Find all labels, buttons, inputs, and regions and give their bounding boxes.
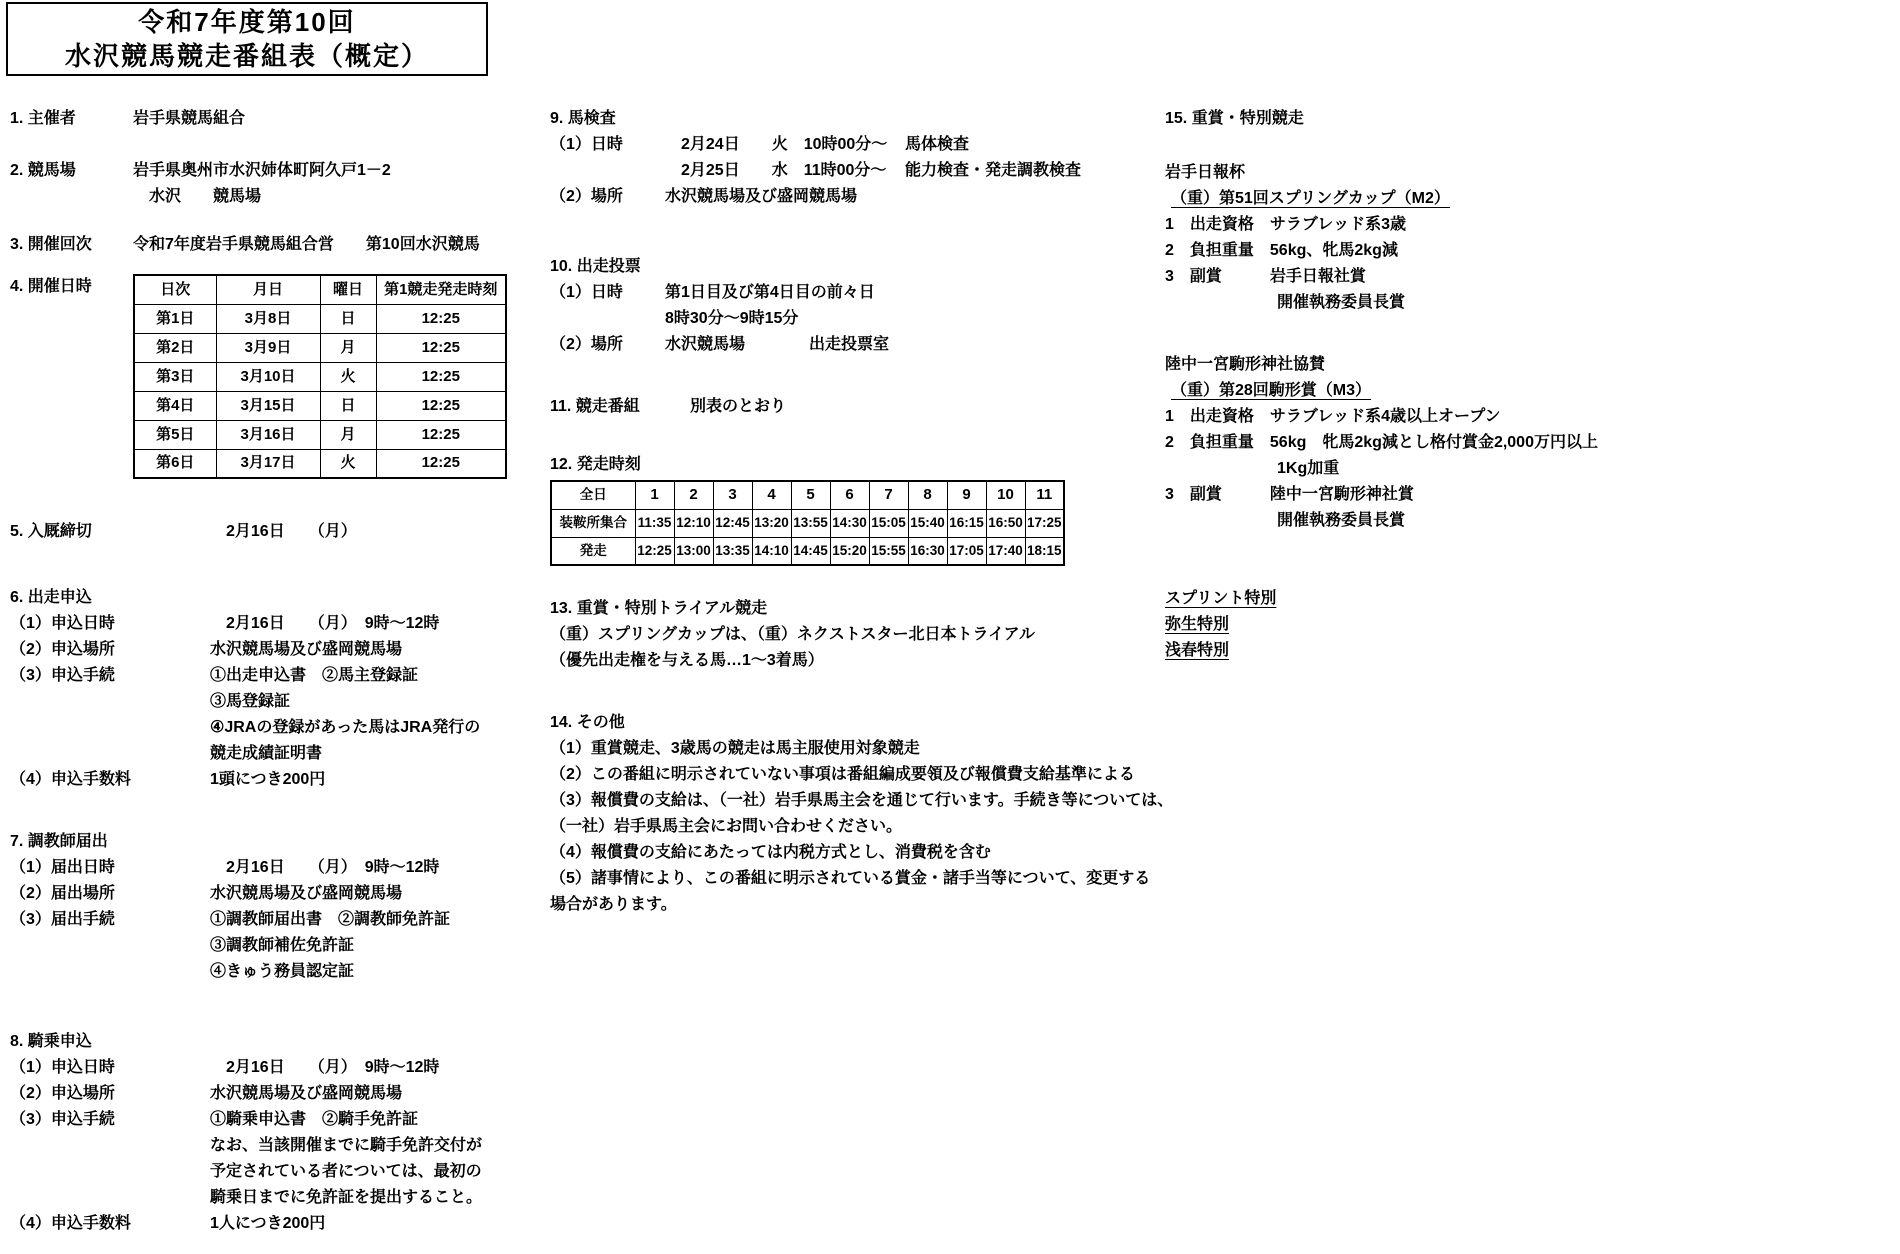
row-note: 馬体検査 xyxy=(905,132,1190,158)
row-value: なお、当該開催までに騎手免許交付が xyxy=(210,1133,550,1159)
meeting-value: 令和7年度岩手県競馬組合営 第10回水沢競馬 xyxy=(133,232,550,258)
voting-row: （1）日時第1日目及び第4日目の前々日 xyxy=(550,280,1190,306)
race2-line: 2 負担重量 56kg 牝馬2kg減とし格付賞金2,000万円以上 xyxy=(1165,430,1805,456)
cell: 2 xyxy=(674,481,713,509)
row-value: ④きゅう務員認定証 xyxy=(210,959,550,985)
table-row: 発走 12:25 13:00 13:35 14:10 14:45 15:20 1… xyxy=(551,537,1064,565)
section-schedule: 4. 開催日時 日次 月日 曜日 第1競走発走時刻 第1日 3月8日 日 12:… xyxy=(10,274,550,479)
row-label: （2）届出場所 xyxy=(10,881,210,907)
row-value: 1人につき200円 xyxy=(210,1211,550,1237)
cell: 12:25 xyxy=(376,362,506,391)
row-value: ①調教師届出書 ②調教師免許証 xyxy=(210,907,550,933)
cell: 12:25 xyxy=(376,449,506,478)
trial-line: （優先出走権を与える馬…1～3着馬） xyxy=(550,648,1190,674)
race-name-text: （重）第51回スプリングカップ（M2） xyxy=(1171,190,1450,207)
row-value: ③調教師補佐免許証 xyxy=(210,933,550,959)
inspection-row: （2）場所 水沢競馬場及び盛岡競馬場 xyxy=(550,184,1190,210)
program-label: 11. 競走番組 xyxy=(550,394,690,420)
race1-line: 1 出走資格 サラブレッド系3歳 xyxy=(1165,212,1805,238)
section-meeting: 3. 開催回次 令和7年度岩手県競馬組合営 第10回水沢競馬 xyxy=(10,232,550,258)
racecourse-name: 水沢 競馬場 xyxy=(133,184,550,210)
trainer-row: （1）届出日時 2月16日 （月） 9時～12時 xyxy=(10,855,550,881)
special-race-text: スプリント特別 xyxy=(1165,590,1276,607)
cell: 第5日 xyxy=(134,420,216,449)
stakes-heading: 15. 重賞・特別競走 xyxy=(1165,106,1805,132)
special-race: 浅春特別 xyxy=(1165,638,1805,664)
trial-line: （重）スプリングカップは、（重）ネクストスター北日本トライアル xyxy=(550,622,1190,648)
section-special-races: スプリント特別 弥生特別 浅春特別 xyxy=(1165,586,1805,664)
cell: 16:30 xyxy=(908,537,947,565)
row-value: ①出走申込書 ②馬主登録証 xyxy=(210,663,550,689)
others-line: （2）この番組に明示されていない事項は番組編成要領及び報償費支給基準による xyxy=(550,762,1190,788)
organizer-value: 岩手県競馬組合 xyxy=(133,106,550,132)
cell: 12:25 xyxy=(376,420,506,449)
cell: 14:45 xyxy=(791,537,830,565)
race2-line: 1Kg加重 xyxy=(1165,456,1805,482)
inspection-row: 2月25日 水 11時00分～ 能力検査・発走調教検査 xyxy=(550,158,1190,184)
cell: 3月9日 xyxy=(216,333,320,362)
cell: 1 xyxy=(635,481,674,509)
race2-sponsor: 陸中一宮駒形神社協賛 xyxy=(1165,352,1805,378)
cell: 17:40 xyxy=(986,537,1025,565)
cell: 3月17日 xyxy=(216,449,320,478)
race2-name: （重）第28回駒形賞（M3） xyxy=(1171,378,1805,404)
trainer-row: ④きゅう務員認定証 xyxy=(10,959,550,985)
cell: 14:30 xyxy=(830,509,869,537)
row-label: （4）申込手数料 xyxy=(10,1211,210,1237)
cell: 13:00 xyxy=(674,537,713,565)
title-box: 令和7年度第10回 水沢競馬競走番組表（概定） xyxy=(6,2,488,76)
cell: 13:20 xyxy=(752,509,791,537)
trainer-row: （3）届出手続①調教師届出書 ②調教師免許証 xyxy=(10,907,550,933)
organizer-label: 1. 主催者 xyxy=(10,106,133,132)
meeting-label: 3. 開催回次 xyxy=(10,232,133,258)
riding-row: 予定されている者については、最初の xyxy=(10,1159,550,1185)
others-line: （1）重賞競走、3歳馬の競走は馬主服使用対象競走 xyxy=(550,736,1190,762)
row-value: 2月24日 火 10時00分～ xyxy=(665,132,905,158)
row-label: （2）場所 xyxy=(550,184,665,210)
row-label: （1）届出日時 xyxy=(10,855,210,881)
cell: 第4日 xyxy=(134,391,216,420)
cell: 10 xyxy=(986,481,1025,509)
row-label: （2）申込場所 xyxy=(10,637,210,663)
special-race-text: 浅春特別 xyxy=(1165,642,1229,659)
cell: 12:25 xyxy=(635,537,674,565)
cell: 12:25 xyxy=(376,333,506,362)
cell: 17:05 xyxy=(947,537,986,565)
cell: 第2日 xyxy=(134,333,216,362)
start-time-table: 全日 1 2 3 4 5 6 7 8 9 10 11 装鞍所集合 11:35 1… xyxy=(550,480,1065,566)
table-header-row: 日次 月日 曜日 第1競走発走時刻 xyxy=(134,275,506,304)
cell: 第6日 xyxy=(134,449,216,478)
row-label: （1）日時 xyxy=(550,132,665,158)
program-value: 別表のとおり xyxy=(690,394,1190,420)
section-racecourse: 2. 競馬場 岩手県奥州市水沢姉体町阿久戸1－2 水沢 競馬場 xyxy=(10,158,550,210)
row-value: 1頭につき200円 xyxy=(210,767,550,793)
cell: 12:10 xyxy=(674,509,713,537)
cell: 12:45 xyxy=(713,509,752,537)
section-inspection: 9. 馬検査 （1）日時 2月24日 火 10時00分～ 馬体検査 2月25日 … xyxy=(550,106,1190,210)
row-value: 競走成績証明書 xyxy=(210,741,550,767)
section-race1: 岩手日報杯 （重）第51回スプリングカップ（M2） 1 出走資格 サラブレッド系… xyxy=(1165,160,1805,316)
row-value: 第1日目及び第4日目の前々日 xyxy=(665,280,1190,306)
cell: 日 xyxy=(320,391,376,420)
riding-row: （3）申込手続①騎乗申込書 ②騎手免許証 xyxy=(10,1107,550,1133)
cell: 7 xyxy=(869,481,908,509)
table-row: 第2日 3月9日 月 12:25 xyxy=(134,333,506,362)
middle-column: 9. 馬検査 （1）日時 2月24日 火 10時00分～ 馬体検査 2月25日 … xyxy=(550,98,1190,918)
document-title-line1: 令和7年度第10回 xyxy=(138,5,355,39)
cell: 3 xyxy=(713,481,752,509)
row-value: 8時30分～9時15分 xyxy=(665,306,1190,332)
entry-row: （3）申込手続①出走申込書 ②馬主登録証 xyxy=(10,663,550,689)
cell: 11:35 xyxy=(635,509,674,537)
voting-heading: 10. 出走投票 xyxy=(550,254,1190,280)
cell: 15:05 xyxy=(869,509,908,537)
row-value: 騎乗日までに免許証を提出すること。 xyxy=(210,1185,550,1211)
riding-row: （2）申込場所水沢競馬場及び盛岡競馬場 xyxy=(10,1081,550,1107)
row-value: 2月16日 （月） 9時～12時 xyxy=(210,855,550,881)
race1-line: 3 副賞 岩手日報社賞 xyxy=(1165,264,1805,290)
table-row: 第6日 3月17日 火 12:25 xyxy=(134,449,506,478)
racecourse-address: 岩手県奥州市水沢姉体町阿久戸1－2 xyxy=(133,158,550,184)
riding-heading: 8. 騎乗申込 xyxy=(10,1029,550,1055)
row-value: ③馬登録証 xyxy=(210,689,550,715)
stable-deadline-value: 2月16日 （月） xyxy=(210,519,550,545)
table-row: 第4日 3月15日 日 12:25 xyxy=(134,391,506,420)
schedule-label: 4. 開催日時 xyxy=(10,274,133,300)
stable-deadline-label: 5. 入厩締切 xyxy=(10,519,210,545)
table-row: 第1日 3月8日 日 12:25 xyxy=(134,304,506,333)
cell: 13:35 xyxy=(713,537,752,565)
trainer-row: ③調教師補佐免許証 xyxy=(10,933,550,959)
race1-line: 2 負担重量 56kg、牝馬2kg減 xyxy=(1165,238,1805,264)
section-others: 14. その他 （1）重賞競走、3歳馬の競走は馬主服使用対象競走 （2）この番組… xyxy=(550,710,1190,918)
entry-row: ④JRAの登録があった馬はJRA発行の xyxy=(10,715,550,741)
race1-sponsor: 岩手日報杯 xyxy=(1165,160,1805,186)
riding-row: 騎乗日までに免許証を提出すること。 xyxy=(10,1185,550,1211)
row-value: 2月16日 （月） 9時～12時 xyxy=(210,611,550,637)
cell: 16:50 xyxy=(986,509,1025,537)
entry-row: （2）申込場所水沢競馬場及び盛岡競馬場 xyxy=(10,637,550,663)
cell: 12:25 xyxy=(376,304,506,333)
riding-row: なお、当該開催までに騎手免許交付が xyxy=(10,1133,550,1159)
cell: 9 xyxy=(947,481,986,509)
special-race: スプリント特別 xyxy=(1165,586,1805,612)
cell: 3月10日 xyxy=(216,362,320,391)
row-value: 水沢競馬場及び盛岡競馬場 xyxy=(210,637,550,663)
cell: 13:55 xyxy=(791,509,830,537)
row-value: 水沢競馬場及び盛岡競馬場 xyxy=(210,881,550,907)
section-trial: 13. 重賞・特別トライアル競走 （重）スプリングカップは、（重）ネクストスター… xyxy=(550,596,1190,674)
section-organizer: 1. 主催者 岩手県競馬組合 xyxy=(10,106,550,132)
start-times-heading: 12. 発走時刻 xyxy=(550,452,1190,478)
voting-row: （2）場所水沢競馬場 出走投票室 xyxy=(550,332,1190,358)
row-label: （1）日時 xyxy=(550,280,665,306)
cell: 18:15 xyxy=(1025,537,1064,565)
cell: 火 xyxy=(320,362,376,391)
row-value: ④JRAの登録があった馬はJRA発行の xyxy=(210,715,550,741)
cell: 17:25 xyxy=(1025,509,1064,537)
cell: 月日 xyxy=(216,275,320,304)
cell: 3月15日 xyxy=(216,391,320,420)
row-label: （3）届出手続 xyxy=(10,907,210,933)
cell: 14:10 xyxy=(752,537,791,565)
trainer-heading: 7. 調教師届出 xyxy=(10,829,550,855)
riding-row: （1）申込日時 2月16日 （月） 9時～12時 xyxy=(10,1055,550,1081)
row-label: （3）申込手続 xyxy=(10,1107,210,1133)
entry-row: （1）申込日時 2月16日 （月） 9時～12時 xyxy=(10,611,550,637)
section-riding: 8. 騎乗申込 （1）申込日時 2月16日 （月） 9時～12時 （2）申込場所… xyxy=(10,1029,550,1237)
trainer-row: （2）届出場所水沢競馬場及び盛岡競馬場 xyxy=(10,881,550,907)
row-note: 能力検査・発走調教検査 xyxy=(905,158,1190,184)
row-label: （4）申込手数料 xyxy=(10,767,210,793)
others-line: （4）報償費の支給にあたっては内税方式とし、消費税を含む xyxy=(550,840,1190,866)
inspection-heading: 9. 馬検査 xyxy=(550,106,1190,132)
special-race: 弥生特別 xyxy=(1165,612,1805,638)
cell: 11 xyxy=(1025,481,1064,509)
cell: 6 xyxy=(830,481,869,509)
cell: 第3日 xyxy=(134,362,216,391)
race1-line: 開催執務委員長賞 xyxy=(1165,290,1805,316)
entry-row: （4）申込手数料1頭につき200円 xyxy=(10,767,550,793)
cell: 12:25 xyxy=(376,391,506,420)
cell: 日次 xyxy=(134,275,216,304)
race2-line: 開催執務委員長賞 xyxy=(1165,508,1805,534)
row-value: 2月16日 （月） 9時～12時 xyxy=(210,1055,550,1081)
cell: 全日 xyxy=(551,481,635,509)
cell: 15:20 xyxy=(830,537,869,565)
inspection-row: （1）日時 2月24日 火 10時00分～ 馬体検査 xyxy=(550,132,1190,158)
row-value: 2月25日 水 11時00分～ xyxy=(665,158,905,184)
race2-line: 3 副賞 陸中一宮駒形神社賞 xyxy=(1165,482,1805,508)
row-label: （1）申込日時 xyxy=(10,1055,210,1081)
row-value: ①騎乗申込書 ②騎手免許証 xyxy=(210,1107,550,1133)
cell: 4 xyxy=(752,481,791,509)
cell: 日 xyxy=(320,304,376,333)
row-label: （2）場所 xyxy=(550,332,665,358)
row-label: （3）申込手続 xyxy=(10,663,210,689)
others-line: （3）報償費の支給は、（一社）岩手県馬主会を通じて行います。手続き等については、 xyxy=(550,788,1190,814)
section-voting: 10. 出走投票 （1）日時第1日目及び第4日目の前々日 8時30分～9時15分… xyxy=(550,254,1190,358)
cell: 15:40 xyxy=(908,509,947,537)
row-value: 水沢競馬場及び盛岡競馬場 xyxy=(210,1081,550,1107)
trial-heading: 13. 重賞・特別トライアル競走 xyxy=(550,596,1190,622)
section-stable-deadline: 5. 入厩締切 2月16日 （月） xyxy=(10,519,550,545)
document-page: 令和7年度第10回 水沢競馬競走番組表（概定） 1. 主催者 岩手県競馬組合 2… xyxy=(0,0,1900,1254)
table-row: 第5日 3月16日 月 12:25 xyxy=(134,420,506,449)
table-row: 第3日 3月10日 火 12:25 xyxy=(134,362,506,391)
race2-line: 1 出走資格 サラブレッド系4歳以上オープン xyxy=(1165,404,1805,430)
riding-row: （4）申込手数料1人につき200円 xyxy=(10,1211,550,1237)
cell: 8 xyxy=(908,481,947,509)
cell: 火 xyxy=(320,449,376,478)
cell: 15:55 xyxy=(869,537,908,565)
race-name-text: （重）第28回駒形賞（M3） xyxy=(1171,382,1371,399)
row-label: （2）申込場所 xyxy=(10,1081,210,1107)
cell: 発走 xyxy=(551,537,635,565)
cell: 第1競走発走時刻 xyxy=(376,275,506,304)
entry-row: ③馬登録証 xyxy=(10,689,550,715)
table-header-row: 全日 1 2 3 4 5 6 7 8 9 10 11 xyxy=(551,481,1064,509)
entry-row: 競走成績証明書 xyxy=(10,741,550,767)
row-value: 水沢競馬場 出走投票室 xyxy=(665,332,1190,358)
cell: 月 xyxy=(320,420,376,449)
row-value: 予定されている者については、最初の xyxy=(210,1159,550,1185)
row-label: （1）申込日時 xyxy=(10,611,210,637)
others-line: 場合があります。 xyxy=(550,892,1190,918)
cell: 3月8日 xyxy=(216,304,320,333)
special-race-text: 弥生特別 xyxy=(1165,616,1229,633)
cell: 16:15 xyxy=(947,509,986,537)
others-heading: 14. その他 xyxy=(550,710,1190,736)
racecourse-row: 2. 競馬場 岩手県奥州市水沢姉体町阿久戸1－2 xyxy=(10,158,550,184)
entry-heading: 6. 出走申込 xyxy=(10,585,550,611)
cell: 月 xyxy=(320,333,376,362)
table-row: 装鞍所集合 11:35 12:10 12:45 13:20 13:55 14:3… xyxy=(551,509,1064,537)
race1-name: （重）第51回スプリングカップ（M2） xyxy=(1171,186,1805,212)
cell: 第1日 xyxy=(134,304,216,333)
schedule-table: 日次 月日 曜日 第1競走発走時刻 第1日 3月8日 日 12:25 第2日 3… xyxy=(133,274,507,479)
section-trainer: 7. 調教師届出 （1）届出日時 2月16日 （月） 9時～12時 （2）届出場… xyxy=(10,829,550,985)
cell: 曜日 xyxy=(320,275,376,304)
cell: 装鞍所集合 xyxy=(551,509,635,537)
cell: 3月16日 xyxy=(216,420,320,449)
cell: 5 xyxy=(791,481,830,509)
others-line: （5）諸事情により、この番組に明示されている賞金・諸手当等について、変更する xyxy=(550,866,1190,892)
document-title-line2: 水沢競馬競走番組表（概定） xyxy=(65,39,429,73)
section-program: 11. 競走番組 別表のとおり xyxy=(550,394,1190,420)
row-value: 水沢競馬場及び盛岡競馬場 xyxy=(665,184,905,210)
right-column: 15. 重賞・特別競走 岩手日報杯 （重）第51回スプリングカップ（M2） 1 … xyxy=(1165,98,1805,664)
section-entry: 6. 出走申込 （1）申込日時 2月16日 （月） 9時～12時 （2）申込場所… xyxy=(10,585,550,793)
section-start-times: 12. 発走時刻 全日 1 2 3 4 5 6 7 8 9 10 11 xyxy=(550,452,1190,566)
voting-row: 8時30分～9時15分 xyxy=(550,306,1190,332)
left-column: 1. 主催者 岩手県競馬組合 2. 競馬場 岩手県奥州市水沢姉体町阿久戸1－2 … xyxy=(10,98,550,1237)
section-race2: 陸中一宮駒形神社協賛 （重）第28回駒形賞（M3） 1 出走資格 サラブレッド系… xyxy=(1165,352,1805,534)
others-line: （一社）岩手県馬主会にお問い合わせください。 xyxy=(550,814,1190,840)
racecourse-row2: 水沢 競馬場 xyxy=(10,184,550,210)
racecourse-label: 2. 競馬場 xyxy=(10,158,133,184)
